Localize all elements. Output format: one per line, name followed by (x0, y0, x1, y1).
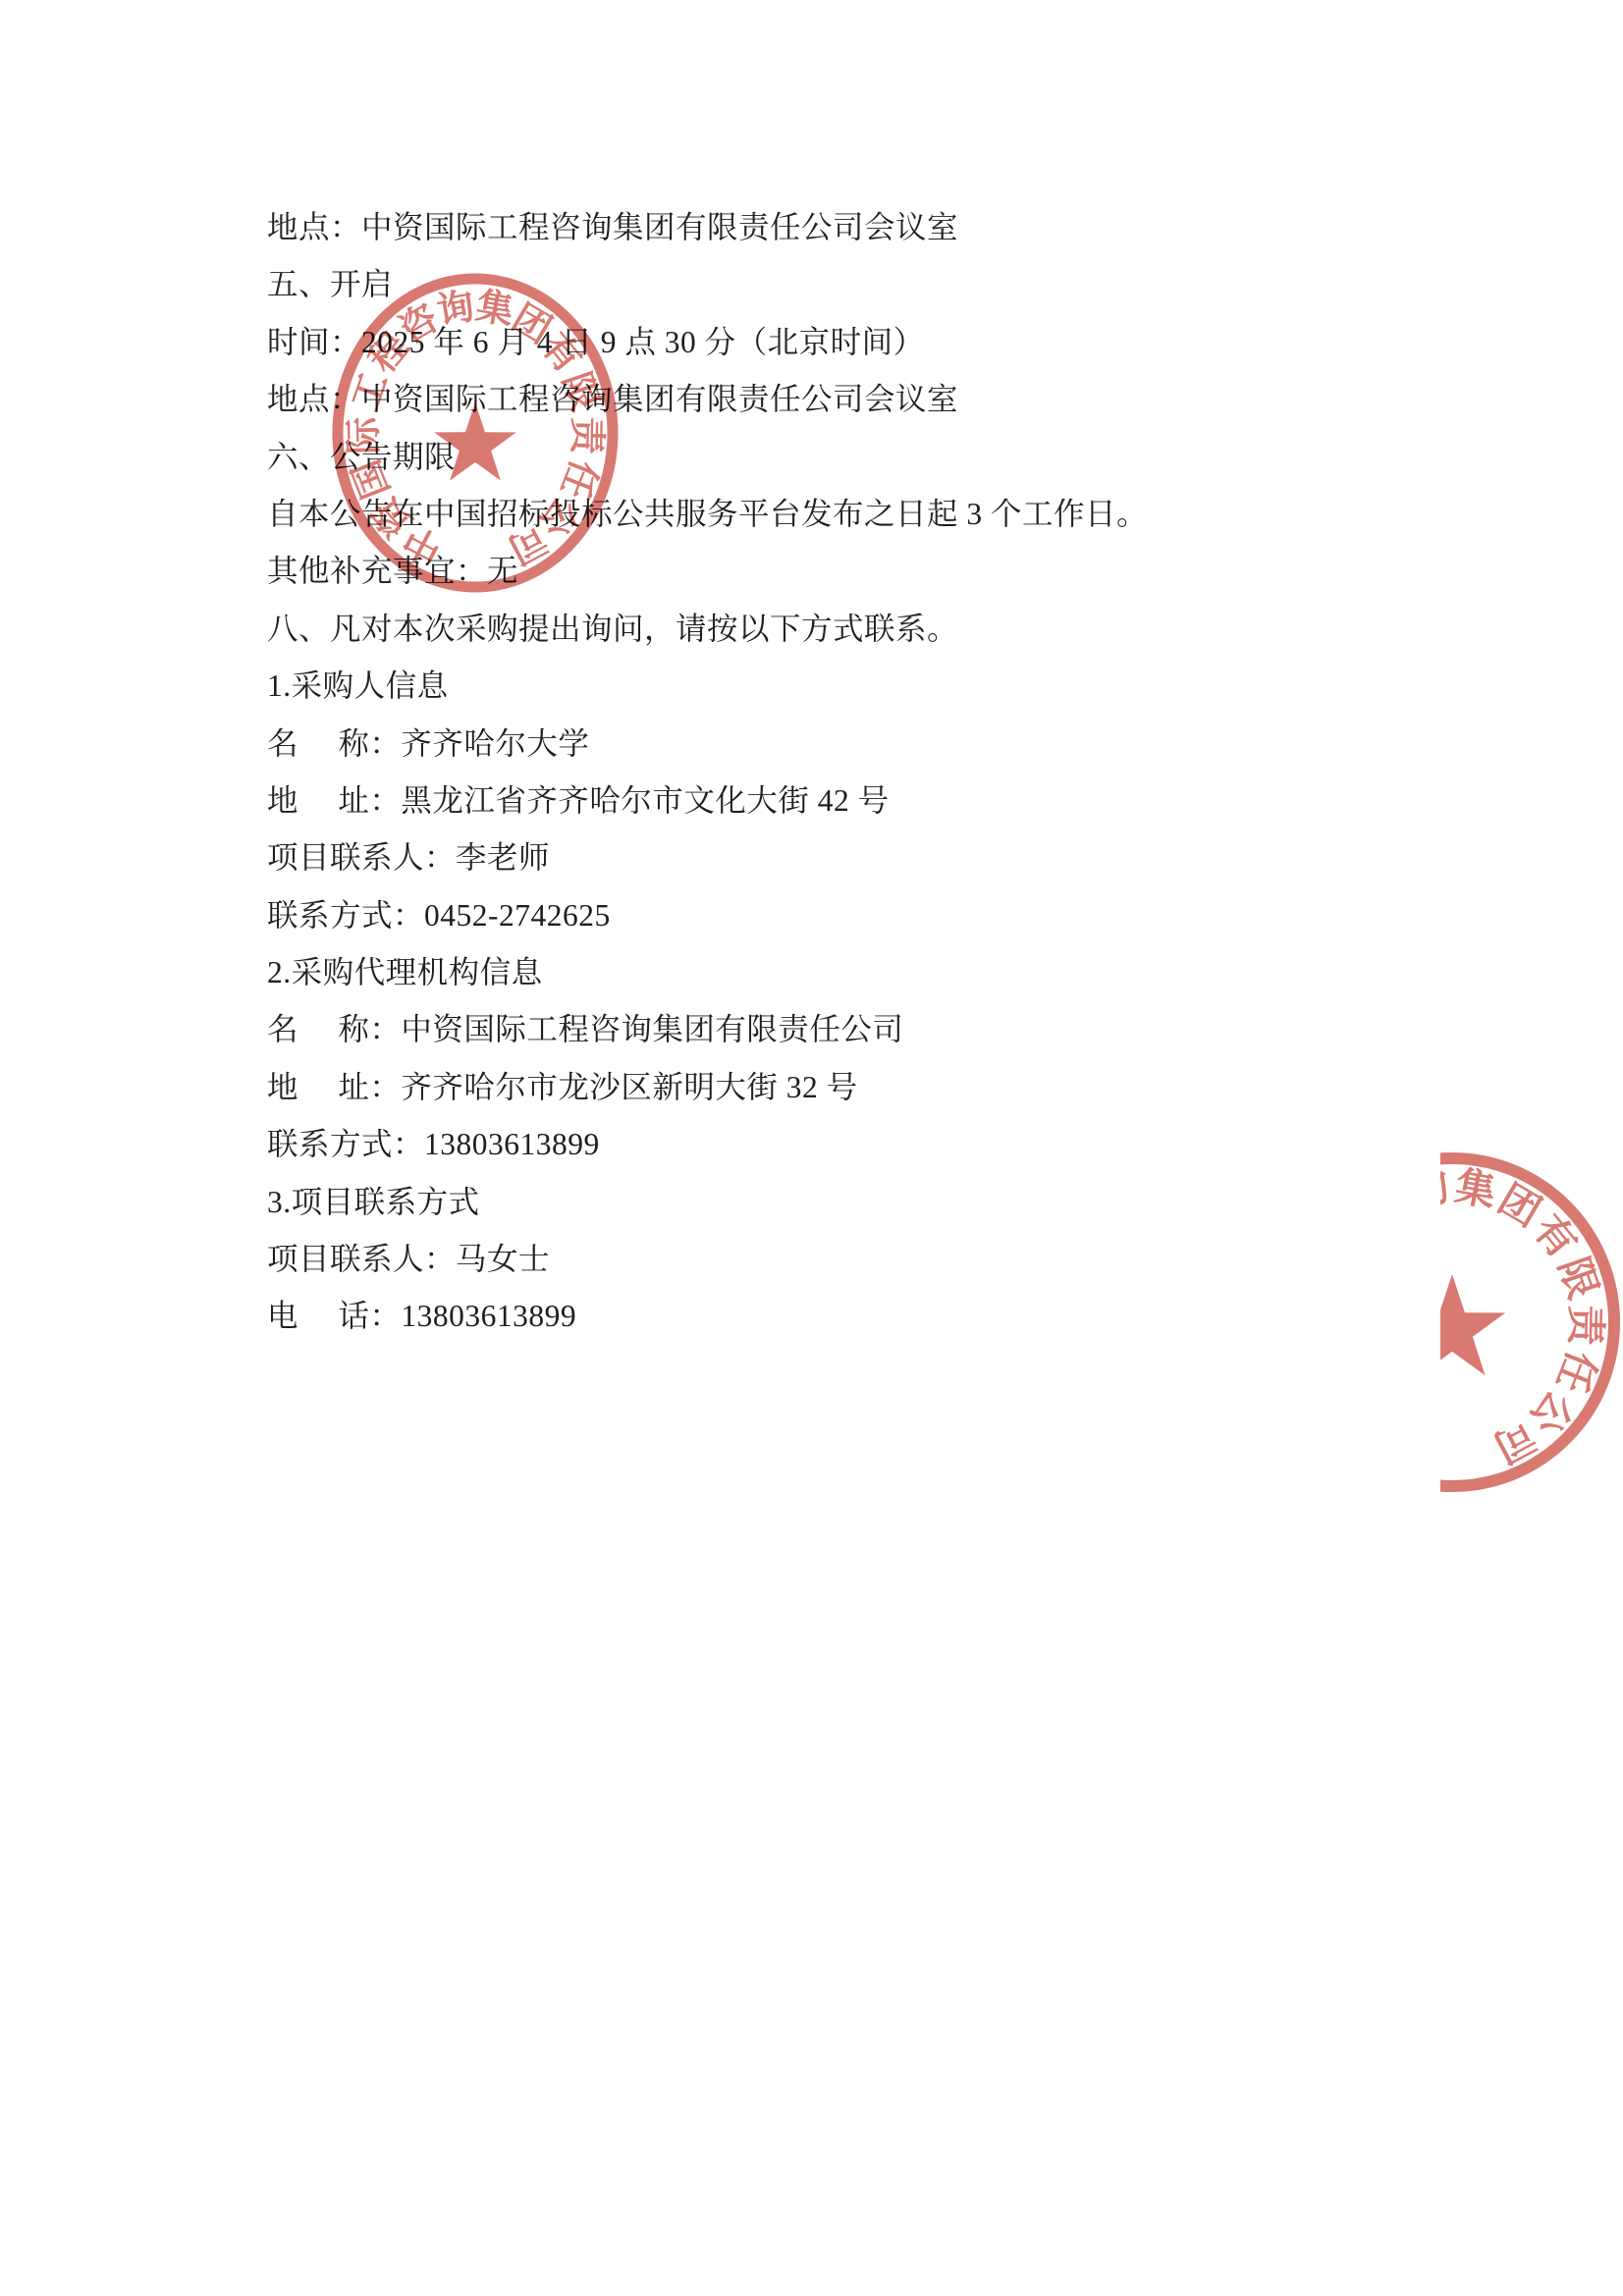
seal-text-char: 集 (1452, 1163, 1499, 1214)
doc-line: 其他补充事宜：无 (267, 543, 1357, 600)
doc-line: 名 称：齐齐哈尔大学 (267, 716, 1357, 773)
seal-text-char: 资 (1322, 1382, 1382, 1443)
doc-line: 3.项目联系方式 (267, 1174, 1357, 1231)
seal-text-char: 责 (1563, 1305, 1609, 1348)
seal-text-char: 限 (1550, 1252, 1606, 1305)
doc-line: 时间：2025 年 6 月 4 日 9 点 30 分（北京时间） (267, 314, 1357, 371)
doc-line: 五、开启 (267, 256, 1357, 313)
doc-line: 名 称：中资国际工程咨询集团有限责任公司 (267, 1001, 1357, 1058)
document-text: 地点：中资国际工程咨询集团有限责任公司会议室五、开启时间：2025 年 6 月 … (267, 199, 1357, 1346)
seal-text-char: 司 (1487, 1413, 1543, 1471)
doc-line: 电 话：13803613899 (267, 1288, 1357, 1345)
doc-line: 2.采购代理机构信息 (267, 944, 1357, 1001)
seal-text-char: 询 (1405, 1163, 1452, 1214)
doc-line: 六、公告期限 (267, 429, 1357, 486)
seal-text-char: 咨 (1356, 1176, 1414, 1235)
seal-text-char: 团 (1490, 1176, 1548, 1235)
doc-line: 联系方式：0452-2742625 (267, 887, 1357, 944)
seal-text-char: 中 (1361, 1413, 1418, 1471)
doc-line: 地 址：齐齐哈尔市龙沙区新明大街 32 号 (267, 1059, 1357, 1116)
seal-text-char: 国 (1299, 1345, 1356, 1399)
doc-line: 地点：中资国际工程咨询集团有限责任公司会议室 (267, 371, 1357, 428)
seal-text-char: 公 (1522, 1382, 1583, 1442)
document-page: 地点：中资国际工程咨询集团有限责任公司会议室五、开启时间：2025 年 6 月 … (0, 0, 1623, 2296)
doc-line: 地 址：黑龙江省齐齐哈尔市文化大街 42 号 (267, 773, 1357, 829)
doc-line: 项目联系人：李老师 (267, 829, 1357, 886)
seal-text-char: 任 (1548, 1345, 1605, 1399)
doc-line: 地点：中资国际工程咨询集团有限责任公司会议室 (267, 199, 1357, 256)
doc-line: 1.采购人信息 (267, 658, 1357, 715)
doc-line: 项目联系人：马女士 (267, 1231, 1357, 1288)
doc-line: 八、凡对本次采购提出询问，请按以下方式联系。 (267, 601, 1357, 658)
seal-text-char: 有 (1525, 1206, 1586, 1266)
doc-line: 联系方式：13803613899 (267, 1116, 1357, 1173)
doc-line: 自本公告在中国招标投标公共服务平台发布之日起 3 个工作日。 (267, 486, 1357, 543)
star-icon (1399, 1274, 1505, 1375)
